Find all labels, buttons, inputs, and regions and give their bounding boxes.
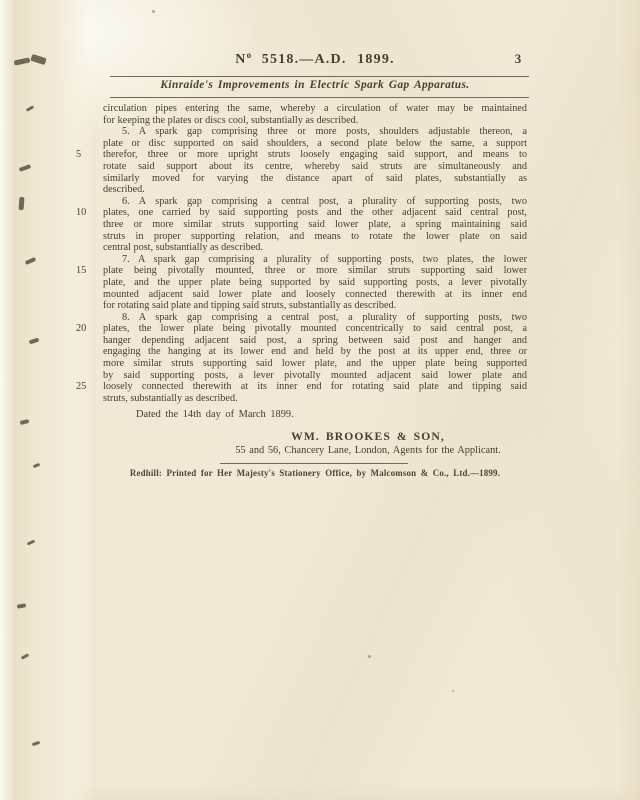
- claim-paragraph: 8. A spark gap comprising a central post…: [103, 312, 527, 405]
- body-line-text: plates, one carried by said supporting p…: [103, 207, 527, 218]
- body-line: for rotating said plate and tipping said…: [103, 300, 527, 312]
- body-line-text: engaging the hanging at its lower end an…: [103, 346, 527, 357]
- body-line: 15plate being pivotally mounted, three o…: [103, 265, 527, 277]
- signature-address: 55 and 56, Chancery Lane, London, Agents…: [215, 445, 521, 456]
- body-line: more similar struts supporting said lowe…: [103, 358, 527, 370]
- stitch-mark: [19, 197, 25, 210]
- body-line: central post, substantially as described…: [103, 242, 527, 254]
- margin-line-number: 10: [76, 207, 98, 219]
- body-line-text: therefor, three or more upright struts l…: [103, 149, 527, 160]
- body-line-text: 6. A spark gap comprising a central post…: [122, 196, 527, 207]
- doc-number-rest: 5518.—A.D. 1899.: [262, 52, 395, 67]
- body-line: 10plates, one carried by said supporting…: [103, 207, 527, 219]
- body-line-text: struts, substantially as described.: [103, 393, 238, 404]
- stitch-mark: [26, 105, 34, 112]
- body-line-text: described.: [103, 184, 145, 195]
- margin-line-number: 15: [76, 265, 98, 277]
- header-rule-top: [110, 76, 529, 77]
- claim-paragraph: 7. A spark gap comprising a plurality of…: [103, 254, 527, 312]
- stitch-mark: [27, 539, 36, 545]
- body-line-text: plate being pivotally mounted, three or …: [103, 265, 527, 276]
- body-line: mounted adjacent said lower plate and lo…: [103, 289, 527, 301]
- body-line-text: more similar struts supporting said lowe…: [103, 358, 527, 369]
- stitch-mark: [33, 463, 41, 468]
- signature-block: WM. BROOKES & SON, 55 and 56, Chancery L…: [215, 430, 521, 456]
- stitch-mark: [14, 57, 31, 65]
- body-line-text: struts in proper supporting relation, an…: [103, 231, 527, 242]
- body-line: 5therefor, three or more upright struts …: [103, 149, 527, 161]
- margin-line-number: 25: [76, 381, 98, 393]
- body-line-text: by said supporting posts, a lever pivota…: [103, 370, 527, 381]
- printer-imprint: Redhill: Printed for Her Majesty's Stati…: [83, 468, 547, 478]
- claim-paragraph: circulation pipes entering the same, whe…: [103, 103, 527, 126]
- body-line-text: similarly moved for varying the distance…: [103, 173, 527, 184]
- body-line: circulation pipes entering the same, whe…: [103, 103, 527, 115]
- body-line-text: for keeping the plates or discs cool, su…: [103, 115, 358, 126]
- header-rule-bottom: [110, 97, 529, 98]
- claims-text: circulation pipes entering the same, whe…: [103, 103, 527, 404]
- body-line-text: mounted adjacent said lower plate and lo…: [103, 289, 527, 300]
- body-line-text: three or more similar struts supporting …: [103, 219, 527, 230]
- body-line-text: central post, substantially as described…: [103, 242, 263, 253]
- body-line-text: hanger depending adjacent said post, a s…: [103, 335, 527, 346]
- running-title: Kinraide's Improvements in Electric Spar…: [103, 79, 527, 91]
- claim-paragraph: 5. A spark gap comprising three or more …: [103, 126, 527, 196]
- document-number: No 5518.—A.D. 1899.: [103, 50, 527, 68]
- body-line: struts in proper supporting relation, an…: [103, 231, 527, 243]
- body-line: 7. A spark gap comprising a plurality of…: [103, 254, 527, 266]
- margin-line-number: 5: [76, 149, 98, 161]
- body-line-text: plate, and the upper plate being support…: [103, 277, 527, 288]
- paper-speck: [368, 655, 371, 658]
- body-line-text: 5. A spark gap comprising three or more …: [122, 126, 527, 137]
- body-line-text: 7. A spark gap comprising a plurality of…: [122, 254, 527, 265]
- body-line: struts, substantially as described.: [103, 393, 527, 405]
- stitch-mark: [29, 338, 40, 345]
- body-line-text: plates, the lower plate being pivotally …: [103, 323, 527, 334]
- paper-speck: [152, 10, 155, 13]
- doc-number-prefix: N: [235, 52, 246, 67]
- body-line: 8. A spark gap comprising a central post…: [103, 312, 527, 324]
- body-line: 5. A spark gap comprising three or more …: [103, 126, 527, 138]
- body-line-text: for rotating said plate and tipping said…: [103, 300, 396, 311]
- body-line-text: plate or disc supported on said shoulder…: [103, 138, 527, 149]
- body-line: rotate said support about its centre, wh…: [103, 161, 527, 173]
- body-line: similarly moved for varying the distance…: [103, 173, 527, 185]
- body-line: plate, and the upper plate being support…: [103, 277, 527, 289]
- body-line: 25loosely connected therewith at its inn…: [103, 381, 527, 393]
- stitch-mark: [30, 54, 46, 65]
- stitch-mark: [17, 603, 27, 609]
- stitch-mark: [25, 257, 37, 265]
- body-line: engaging the hanging at its lower end an…: [103, 346, 527, 358]
- stitch-mark: [20, 419, 30, 425]
- page-number: 3: [498, 51, 538, 67]
- claim-paragraph: 6. A spark gap comprising a central post…: [103, 196, 527, 254]
- stitch-mark: [32, 741, 41, 746]
- body-line-text: rotate said support about its centre, wh…: [103, 161, 527, 172]
- body-line: described.: [103, 184, 527, 196]
- body-line: 20plates, the lower plate being pivotall…: [103, 323, 527, 335]
- stitch-mark: [21, 653, 29, 659]
- body-line: for keeping the plates or discs cool, su…: [103, 115, 527, 127]
- stitch-mark: [19, 164, 32, 172]
- body-line: plate or disc supported on said shoulder…: [103, 138, 527, 150]
- margin-line-number: 20: [76, 323, 98, 335]
- body-line: hanger depending adjacent said post, a s…: [103, 335, 527, 347]
- patent-page: No 5518.—A.D. 1899. 3 Kinraide's Improve…: [0, 0, 640, 800]
- signature-name: WM. BROOKES & SON,: [215, 430, 521, 443]
- body-line: by said supporting posts, a lever pivota…: [103, 370, 527, 382]
- body-line: 6. A spark gap comprising a central post…: [103, 196, 527, 208]
- body-line-text: circulation pipes entering the same, whe…: [103, 103, 527, 114]
- body-line: three or more similar struts supporting …: [103, 219, 527, 231]
- dated-line: Dated the 14th day of March 1899.: [136, 409, 294, 420]
- paper-speck: [452, 690, 454, 692]
- doc-number-superscript: o: [247, 50, 252, 60]
- body-line-text: loosely connected therewith at its inner…: [103, 381, 527, 392]
- body-line-text: 8. A spark gap comprising a central post…: [122, 312, 527, 323]
- imprint-rule: [220, 463, 408, 464]
